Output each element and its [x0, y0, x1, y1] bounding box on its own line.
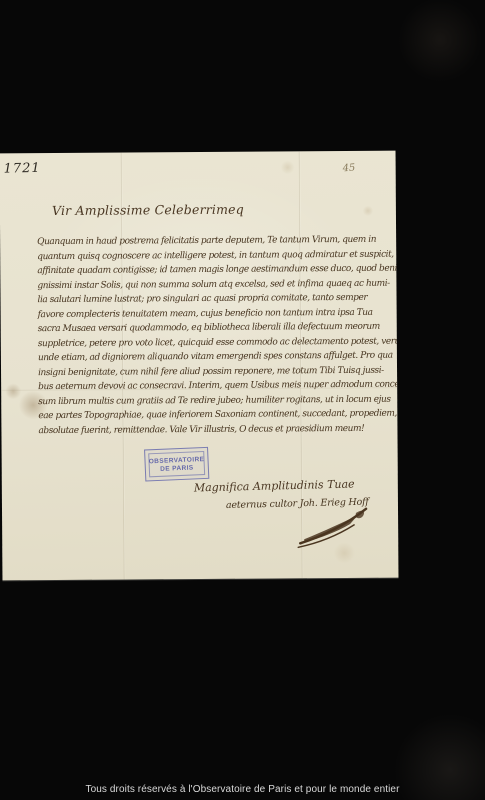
year-annotation: 1721: [3, 161, 40, 177]
stamp-line2: DE PARIS: [160, 464, 194, 472]
letter-line: absolutae fuerint, remittendae. Vale Vir…: [38, 421, 394, 438]
folio-number: 45: [342, 162, 356, 174]
signature-flourish-icon: [294, 503, 374, 557]
stamp-line1: OBSERVATOIRE: [149, 456, 205, 465]
observatoire-stamp: OBSERVATOIRE DE PARIS: [144, 447, 209, 482]
letter-page: 1721 45 Vir Amplissime Celeberrimeq Quan…: [0, 151, 398, 581]
letter-salutation: Vir Amplissime Celeberrimeq: [52, 202, 244, 218]
scan-background: 1721 45 Vir Amplissime Celeberrimeq Quan…: [0, 0, 485, 800]
observatoire-stamp-border: OBSERVATOIRE DE PARIS: [148, 451, 205, 477]
copyright-caption: Tous droits réservés à l'Observatoire de…: [0, 784, 485, 795]
letter-closing: Magnifica Amplitudinis Tuae: [194, 478, 355, 495]
letter-body: Quanquam in haud postrema felicitatis pa…: [37, 233, 394, 438]
